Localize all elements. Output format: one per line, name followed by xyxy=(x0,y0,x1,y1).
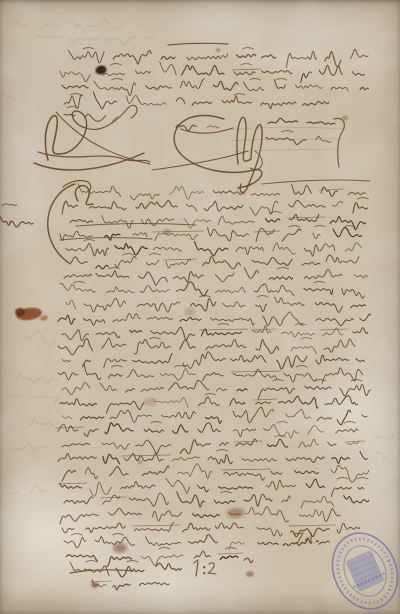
manuscript-page xyxy=(0,0,400,614)
manuscript-ink-layer xyxy=(0,0,400,614)
paper-grain-overlay xyxy=(0,0,400,614)
